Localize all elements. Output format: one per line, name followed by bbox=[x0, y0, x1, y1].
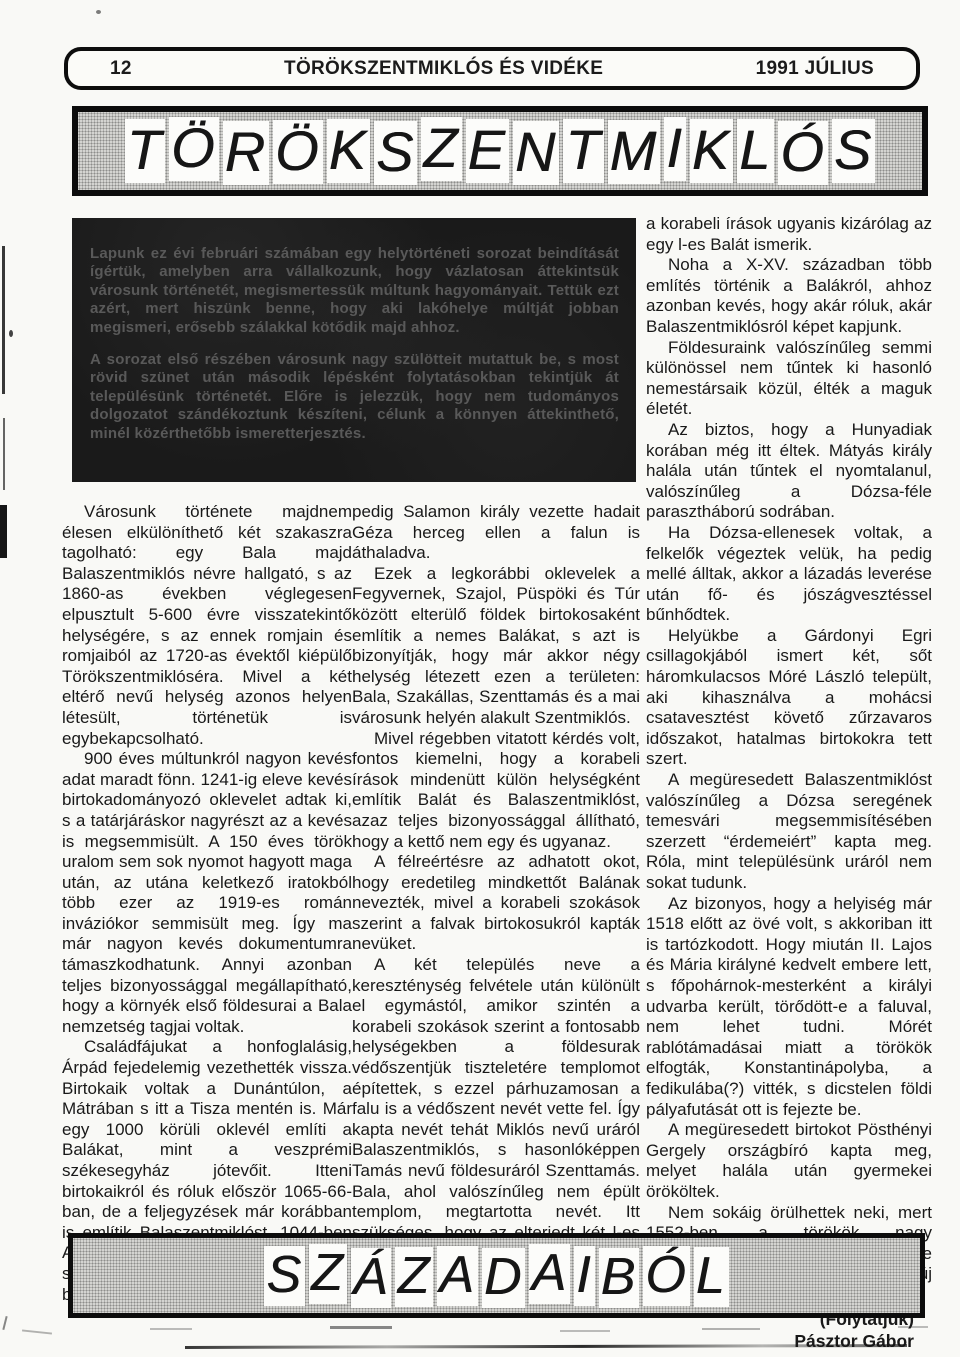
scan-artifact-dash bbox=[898, 1326, 928, 1328]
scan-artifact-tick bbox=[2, 1316, 7, 1330]
body-paragraph: Az bizonyos, hogy a helyiség már 1518 el… bbox=[646, 894, 932, 1121]
title-letter: Z bbox=[421, 117, 461, 181]
body-paragraph: Földesuraink valószínűleg semmi különöss… bbox=[646, 338, 932, 420]
title-letter: Ó bbox=[643, 1246, 689, 1306]
title-letter: D bbox=[482, 1248, 526, 1308]
author-signature: Pásztor Gábor bbox=[646, 1331, 914, 1353]
title-letter: N bbox=[513, 121, 559, 185]
body-paragraph: A félreértésre az adhatott okot, hogy er… bbox=[352, 852, 640, 955]
title-letter: Z bbox=[395, 1247, 433, 1307]
scan-artifact-speck bbox=[96, 10, 101, 14]
scan-artifact-dash bbox=[560, 1330, 610, 1332]
scan-artifact-dash bbox=[150, 1328, 192, 1330]
title-letter: M bbox=[608, 120, 661, 184]
title-letter: Ö bbox=[169, 117, 219, 181]
scan-artifact-dash bbox=[702, 1328, 760, 1330]
body-paragraph: a korabeli írások ugyanis kizárólag az e… bbox=[646, 214, 932, 255]
scan-artifact-vertical-line bbox=[3, 418, 5, 490]
series-title-box: SZÁZADAIBÓL bbox=[68, 1233, 925, 1318]
title-letter: S bbox=[374, 121, 417, 185]
title-letter: S bbox=[832, 119, 875, 183]
scan-artifact-speck bbox=[9, 330, 13, 337]
title-letter: A bbox=[529, 1244, 570, 1304]
page-number: 12 bbox=[110, 58, 132, 80]
newspaper-page-scan: { "header": { "page_number": "12", "news… bbox=[0, 0, 960, 1357]
column-left: Városunk története majdnem élesen elkülö… bbox=[62, 502, 352, 1305]
title-letter: S bbox=[264, 1246, 305, 1306]
title-letter: B bbox=[599, 1248, 640, 1308]
main-title-box: TÖRÖKSZENTMIKLÓS bbox=[72, 106, 928, 196]
scan-artifact-vertical-line bbox=[2, 246, 5, 394]
title-letter: I bbox=[664, 117, 686, 181]
body-paragraph: 900 éves múltunkról nagyon kevés adat ma… bbox=[62, 749, 352, 1037]
body-paragraph: Ha Dózsa-ellenesek voltak, a felkelők vé… bbox=[646, 523, 932, 626]
main-title: TÖRÖKSZENTMIKLÓS bbox=[123, 119, 877, 183]
body-paragraph: Városunk története majdnem élesen elkülö… bbox=[62, 502, 352, 749]
body-paragraph: A megüresedett birtokot Pösthényi Gergel… bbox=[646, 1120, 932, 1202]
title-letter: I bbox=[574, 1246, 594, 1306]
header-bar: 12 TÖRÖKSZENTMIKLÓS ÉS VIDÉKE 1991 JÚLIU… bbox=[64, 47, 920, 90]
series-title: SZÁZADAIBÓL bbox=[262, 1246, 730, 1306]
title-letter: T bbox=[563, 119, 603, 183]
title-letter: Z bbox=[309, 1244, 347, 1304]
newspaper-title: TÖRÖKSZENTMIKLÓS ÉS VIDÉKE bbox=[284, 58, 603, 80]
column-right: a korabeli írások ugyanis kizárólag az e… bbox=[646, 214, 932, 1352]
column-right-paragraphs: a korabeli írások ugyanis kizárólag az e… bbox=[646, 214, 932, 1305]
scan-artifact-edge-bar bbox=[0, 505, 7, 558]
body-paragraph: Ezek a legkorábbi oklevelek a Fegyvernek… bbox=[352, 564, 640, 729]
title-letter: Á bbox=[351, 1248, 392, 1308]
title-letter: Ö bbox=[273, 120, 323, 184]
title-letter: L bbox=[737, 119, 774, 183]
intro-paragraph: Lapunk ez évi februári számában egy hely… bbox=[90, 245, 619, 337]
body-paragraph: pedig Salamon király vezette hadait Géza… bbox=[352, 502, 640, 564]
intro-box: Lapunk ez évi februári számában egy hely… bbox=[72, 218, 636, 482]
title-letter: E bbox=[466, 119, 509, 183]
column-middle: pedig Salamon király vezette hadait Géza… bbox=[352, 502, 640, 1264]
title-letter: L bbox=[694, 1247, 729, 1307]
body-paragraph: A megüresedett Balaszentmiklóst valószín… bbox=[646, 770, 932, 894]
intro-paragraph: A sorozat első részében városunk nagy sz… bbox=[90, 351, 619, 443]
issue-date: 1991 JÚLIUS bbox=[756, 58, 874, 80]
body-paragraph: Mivel régebben vitatott kérdés volt, fon… bbox=[352, 729, 640, 853]
body-paragraph: Az biztos, hogy a Hunyadiak korában még … bbox=[646, 420, 932, 523]
body-paragraph: Noha a X-XV. században több említés tört… bbox=[646, 255, 932, 337]
scan-artifact-dash bbox=[22, 1329, 52, 1334]
title-letter: T bbox=[125, 119, 165, 183]
title-letter: A bbox=[437, 1246, 478, 1306]
title-letter: K bbox=[327, 119, 370, 183]
title-letter: R bbox=[223, 121, 269, 185]
body-paragraph: Helyükbe a Gárdonyi Egri csillagokjából … bbox=[646, 626, 932, 770]
title-letter: Ó bbox=[778, 121, 828, 185]
scan-artifact-dash bbox=[330, 1326, 392, 1329]
body-paragraph: A két település neve a kereszténység fel… bbox=[352, 955, 640, 1264]
title-letter: K bbox=[690, 119, 733, 183]
